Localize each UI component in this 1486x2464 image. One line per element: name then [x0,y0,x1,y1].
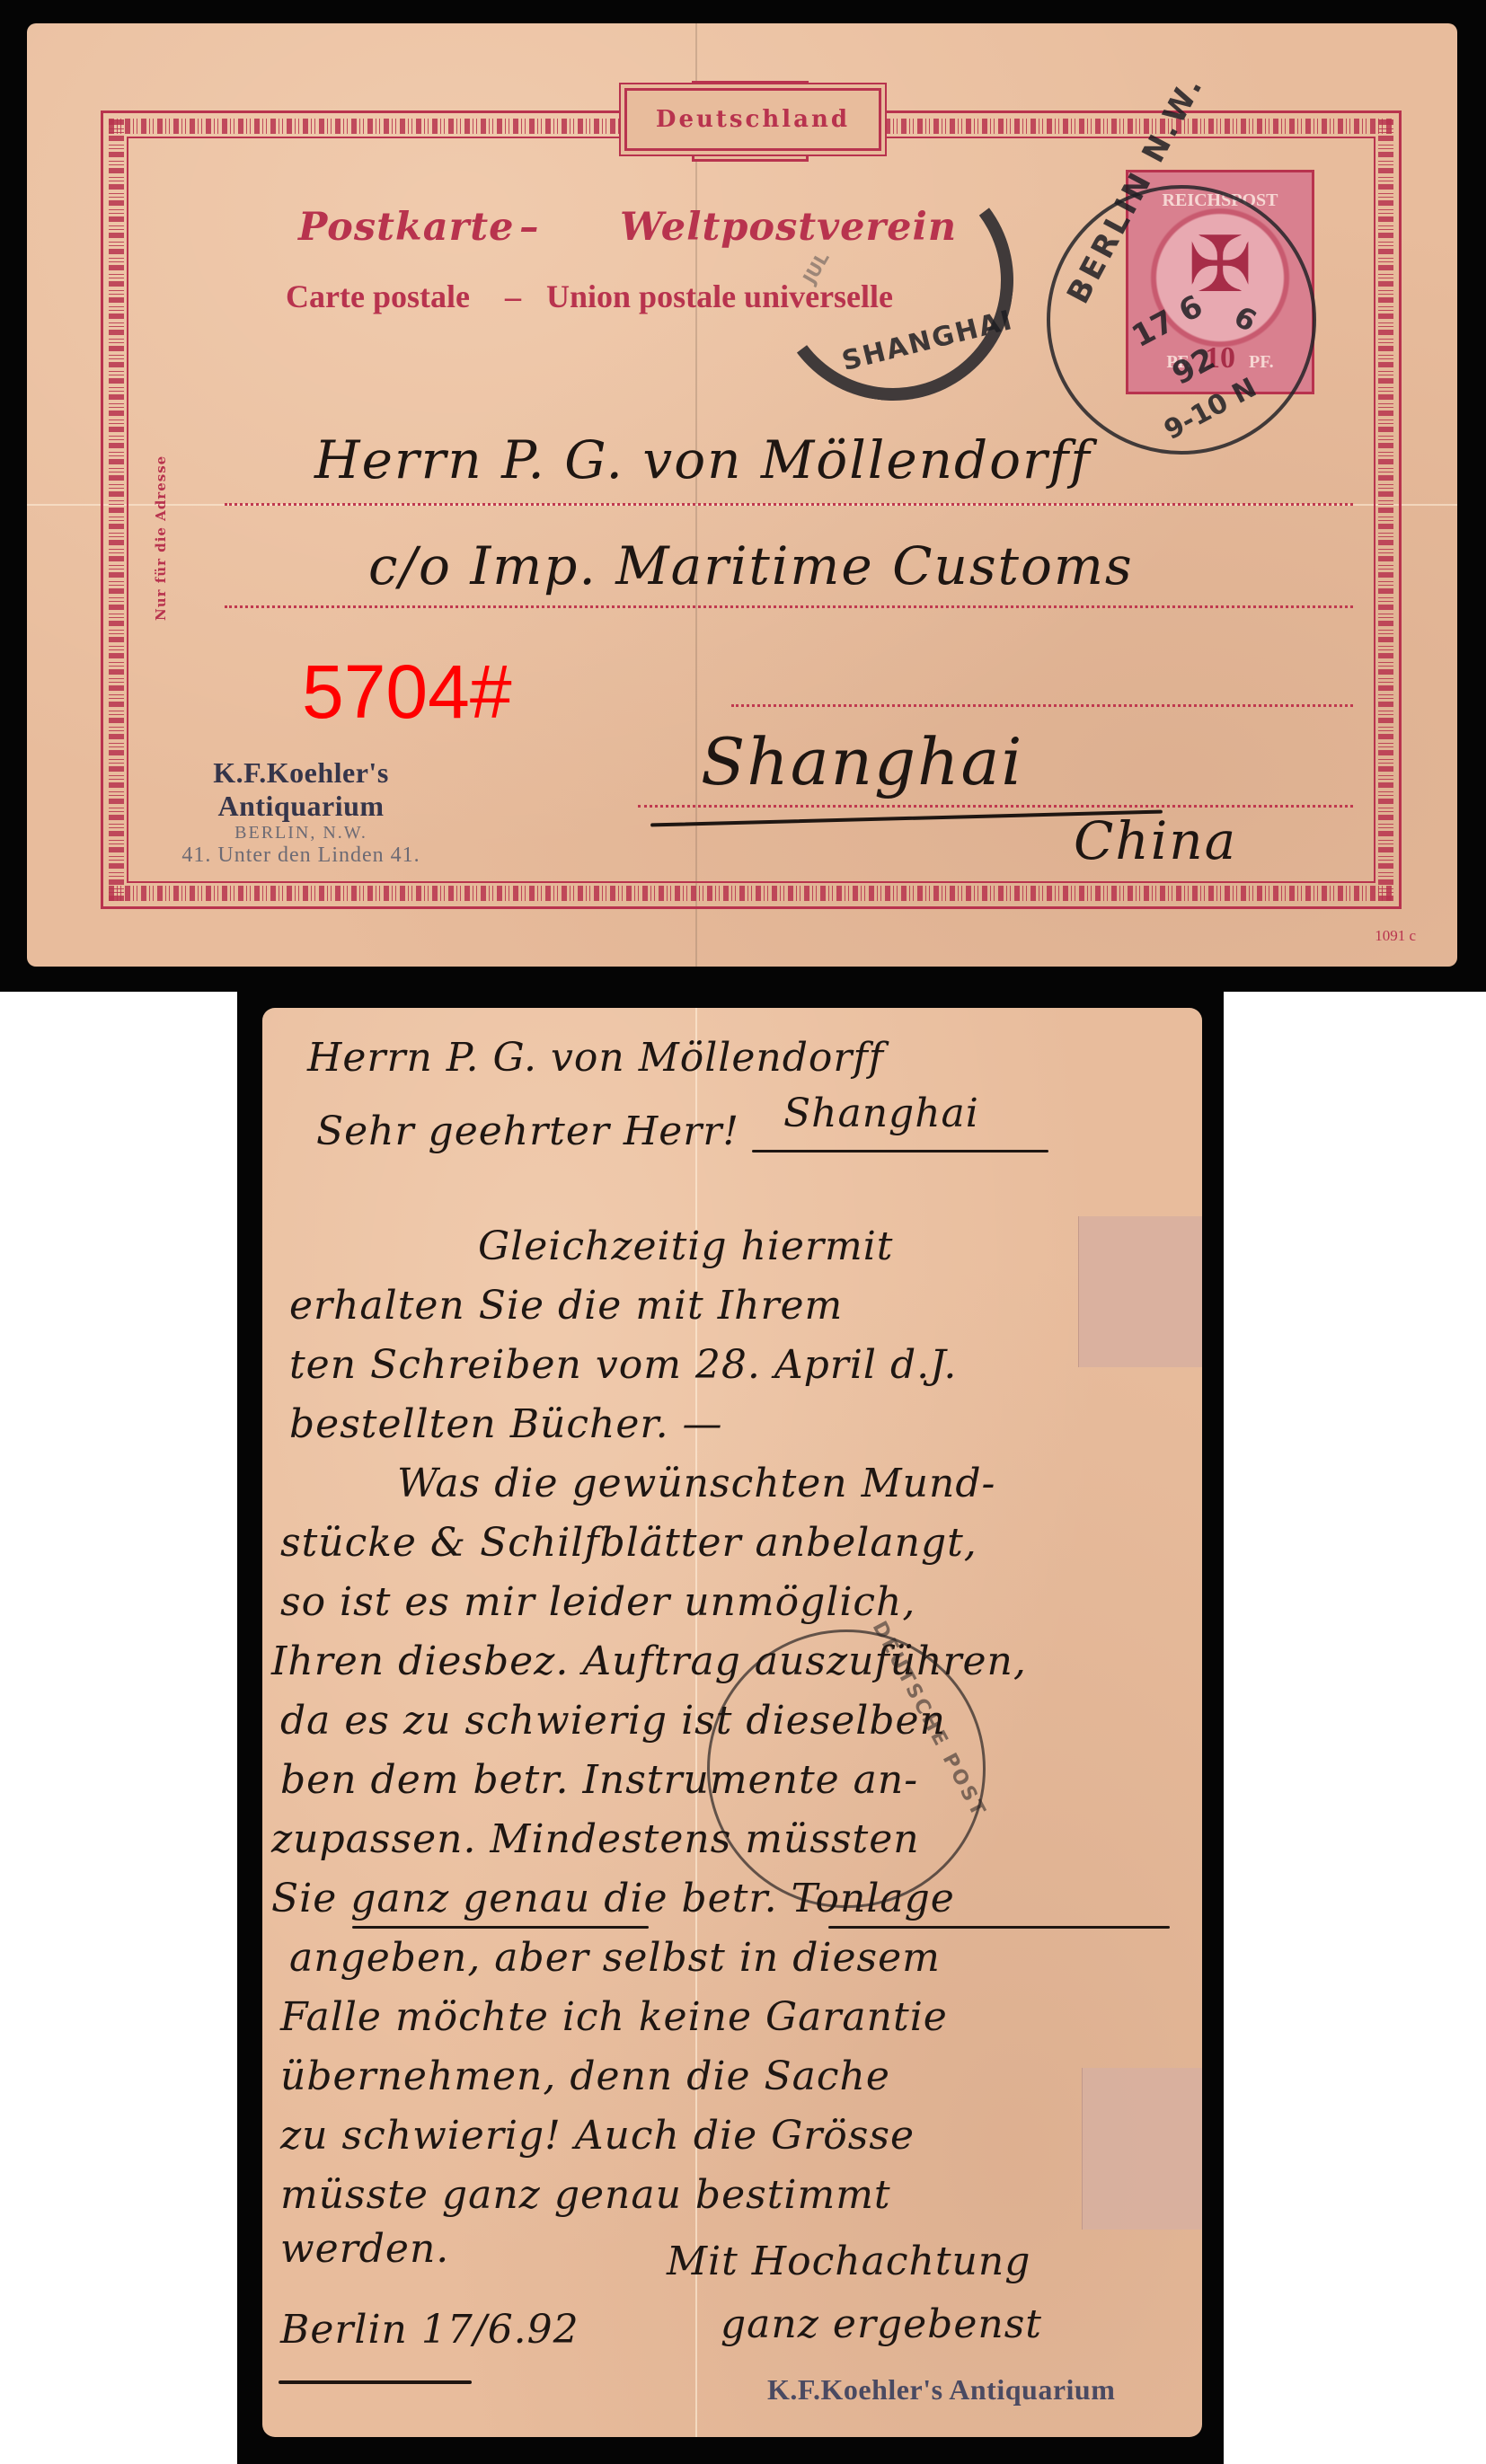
border-band-right [1378,119,1393,901]
print-code: 1091 c [1375,927,1416,945]
letter-closing: Mit Hochachtung [667,2239,1030,2284]
emphasis-underline [352,1926,649,1929]
heading-carte-postale: Carte postale [286,278,470,315]
sender-street: 41. Unter den Linden 41. [153,843,449,868]
letter-line: bestellten Bücher. — [289,1401,723,1447]
letter-line: so ist es mir leider unmöglich, [280,1579,915,1625]
country-cartouche: Deutschland [624,88,881,151]
address-city: Shanghai [701,724,1023,799]
address-line-1 [225,503,1353,506]
sender-name: K.F.Koehler's Antiquarium [153,756,449,823]
heading-dash-fr: – [505,278,521,315]
letter-line: zu schwierig! Auch die Grösse [280,2113,915,2159]
sender-city: BERLIN, N.W. [153,823,449,843]
letter-line: Ihren diesbez. Auftrag auszuführen, [271,1638,1027,1684]
letter-closing: ganz ergebenst [721,2301,1042,2347]
postcard-back: DEUTSCHE POST Herrn P. G. von Möllendorf… [262,1008,1202,2437]
border-band-bottom [109,886,1393,901]
sender-stamp: K.F.Koehler's Antiquarium BERLIN, N.W. 4… [153,756,449,868]
signature-underline [279,2380,472,2384]
address-country: China [1074,810,1237,871]
letter-line: erhalten Sie die mit Ihrem [289,1283,843,1329]
sender-name-back: K.F.Koehler's Antiquarium [767,2373,1163,2407]
letter-line: Sehr geehrter Herr! [316,1108,739,1154]
address-line-3 [731,704,1353,707]
letter-line: übernehmen, denn die Sache [280,2053,890,2099]
letter-line: da es zu schwierig ist dieselben [280,1698,946,1744]
letter-line: müsste ganz genau bestimmt [280,2172,891,2218]
letter-line: Herrn P. G. von Möllendorff [307,1035,884,1081]
postcard-front: Deutschland Postkarte – Weltpostverein C… [27,23,1457,967]
letter-place-date: Berlin 17/6.92 [280,2307,579,2353]
address-line-4 [638,805,1353,808]
letter-line: zupassen. Mindestens müssten [271,1816,920,1862]
heading-postkarte: Postkarte [298,205,514,250]
border-band-left [109,119,124,901]
letter-line: ten Schreiben vom 28. April d.J. [289,1342,957,1388]
hinge-remnant-bottom [1082,2068,1202,2230]
hinge-remnant-top [1078,1216,1202,1367]
lot-number-label: 5704# [302,654,512,729]
address-only-label: Nur für die Adresse [153,455,169,621]
location-underline [752,1150,1048,1153]
letter-line: Sie ganz genau die betr. Tonlage [271,1876,955,1921]
sender-stamp-back: K.F.Koehler's Antiquarium [767,2373,1163,2407]
letter-line: stücke & Schilfblätter anbelangt, [280,1520,977,1566]
country-name: Deutschland [656,106,850,133]
address-care-of: c/o Imp. Maritime Customs [368,535,1134,596]
letter-location-note: Shanghai [783,1091,979,1136]
letter-line: Was die gewünschten Mund- [397,1461,995,1506]
emphasis-underline [828,1926,1170,1929]
letter-line: Falle möchte ich keine Garantie [280,1994,948,2040]
letter-line: Gleichzeitig hiermit [478,1223,893,1269]
letter-line: ben dem betr. Instrumente an- [280,1757,918,1803]
address-recipient: Herrn P. G. von Möllendorff [314,429,1092,490]
letter-line: angeben, aber selbst in diesem [289,1935,941,1981]
heading-dash-de: – [519,205,540,250]
address-line-2 [225,605,1353,608]
letter-line: werden. [280,2226,449,2272]
cartouche-ornament-bottom [692,151,809,162]
